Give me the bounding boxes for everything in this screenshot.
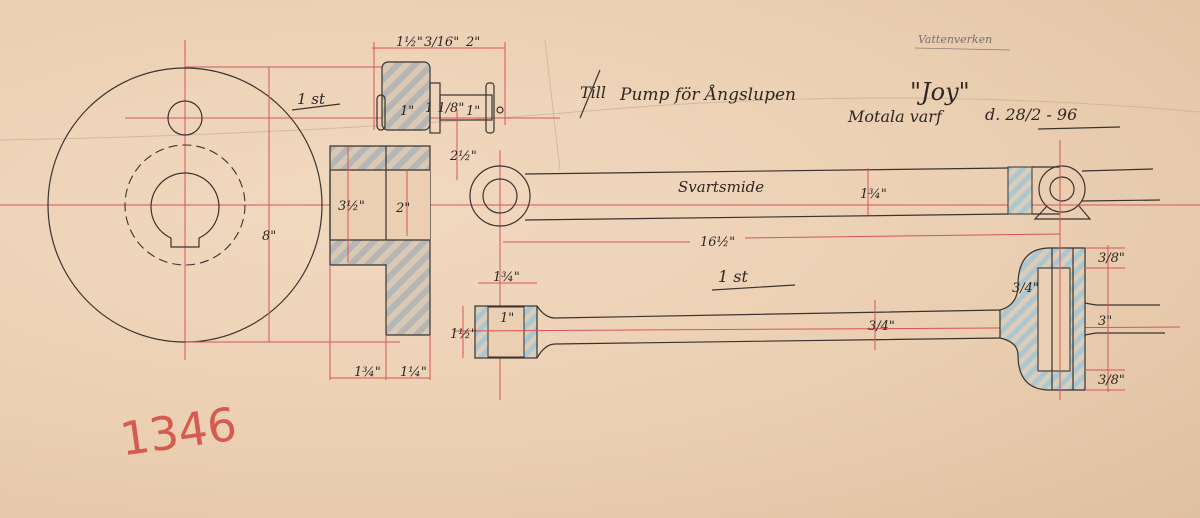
eye-bore-label: 1": [500, 311, 514, 326]
gap-label: 3/16": [424, 35, 459, 50]
title-subject: Pump för Ångslupen: [619, 84, 796, 105]
strap-bottom-label: 3/8": [1098, 373, 1125, 388]
pin-offset-label: 2½": [449, 149, 477, 164]
base-right-label: 1¼": [400, 365, 427, 380]
title-block: Till Pump för Ångslupen "Joy" Motala var…: [580, 33, 1120, 129]
shank-label: 3/4": [868, 319, 895, 334]
vessel-name: "Joy": [910, 78, 970, 106]
pin-dia-3-label: 1": [466, 104, 480, 119]
pencil-note: Vattenverken: [918, 33, 992, 46]
eccentric-rod-bottom: 1 st 1¾" 1" 1½" 3/4" 3/8" 3" 3/8" 3/4": [450, 230, 1180, 400]
quantity-label-eccentric: 1 st: [297, 90, 326, 108]
catalog-number: 1346: [117, 397, 240, 467]
quantity-label-rod: 1 st: [718, 267, 748, 286]
disc-diameter-label: 8": [262, 229, 276, 244]
eye-height-label: 1½": [450, 327, 477, 342]
pin-dia-1-label: 1": [400, 104, 414, 119]
eye-width-label: 1¾": [493, 270, 520, 285]
technical-drawing: 8" 1 st 1½" 3/16" 2" 1" 1 1/8" 1" 2½": [0, 0, 1200, 518]
boss-section: 3½" 2" 1¾" 1¼": [330, 146, 430, 380]
rod-thickness-label: 1¾": [860, 187, 887, 202]
boss-height-label: 3½": [338, 199, 365, 214]
strap-mid-label: 3": [1098, 314, 1112, 329]
strap-corner-label: 3/4": [1012, 281, 1039, 296]
drawing-sheet: 8" 1 st 1½" 3/16" 2" 1" 1 1/8" 1" 2½": [0, 0, 1200, 518]
title-place: Motala varf: [847, 107, 945, 126]
rod-length-label: 16½": [700, 235, 735, 250]
strap-top-label: 3/8": [1098, 251, 1125, 266]
pin-length-label: 2": [465, 35, 480, 50]
bore-label: 2": [395, 201, 410, 216]
pin-dia-2-label: 1 1/8": [425, 101, 464, 116]
title-date: d. 28/2 - 96: [985, 105, 1077, 124]
title-prefix: Till: [580, 83, 606, 102]
material-label: Svartsmide: [678, 178, 764, 196]
hub-width-label: 1½": [396, 35, 423, 50]
base-left-label: 1¾": [354, 365, 381, 380]
